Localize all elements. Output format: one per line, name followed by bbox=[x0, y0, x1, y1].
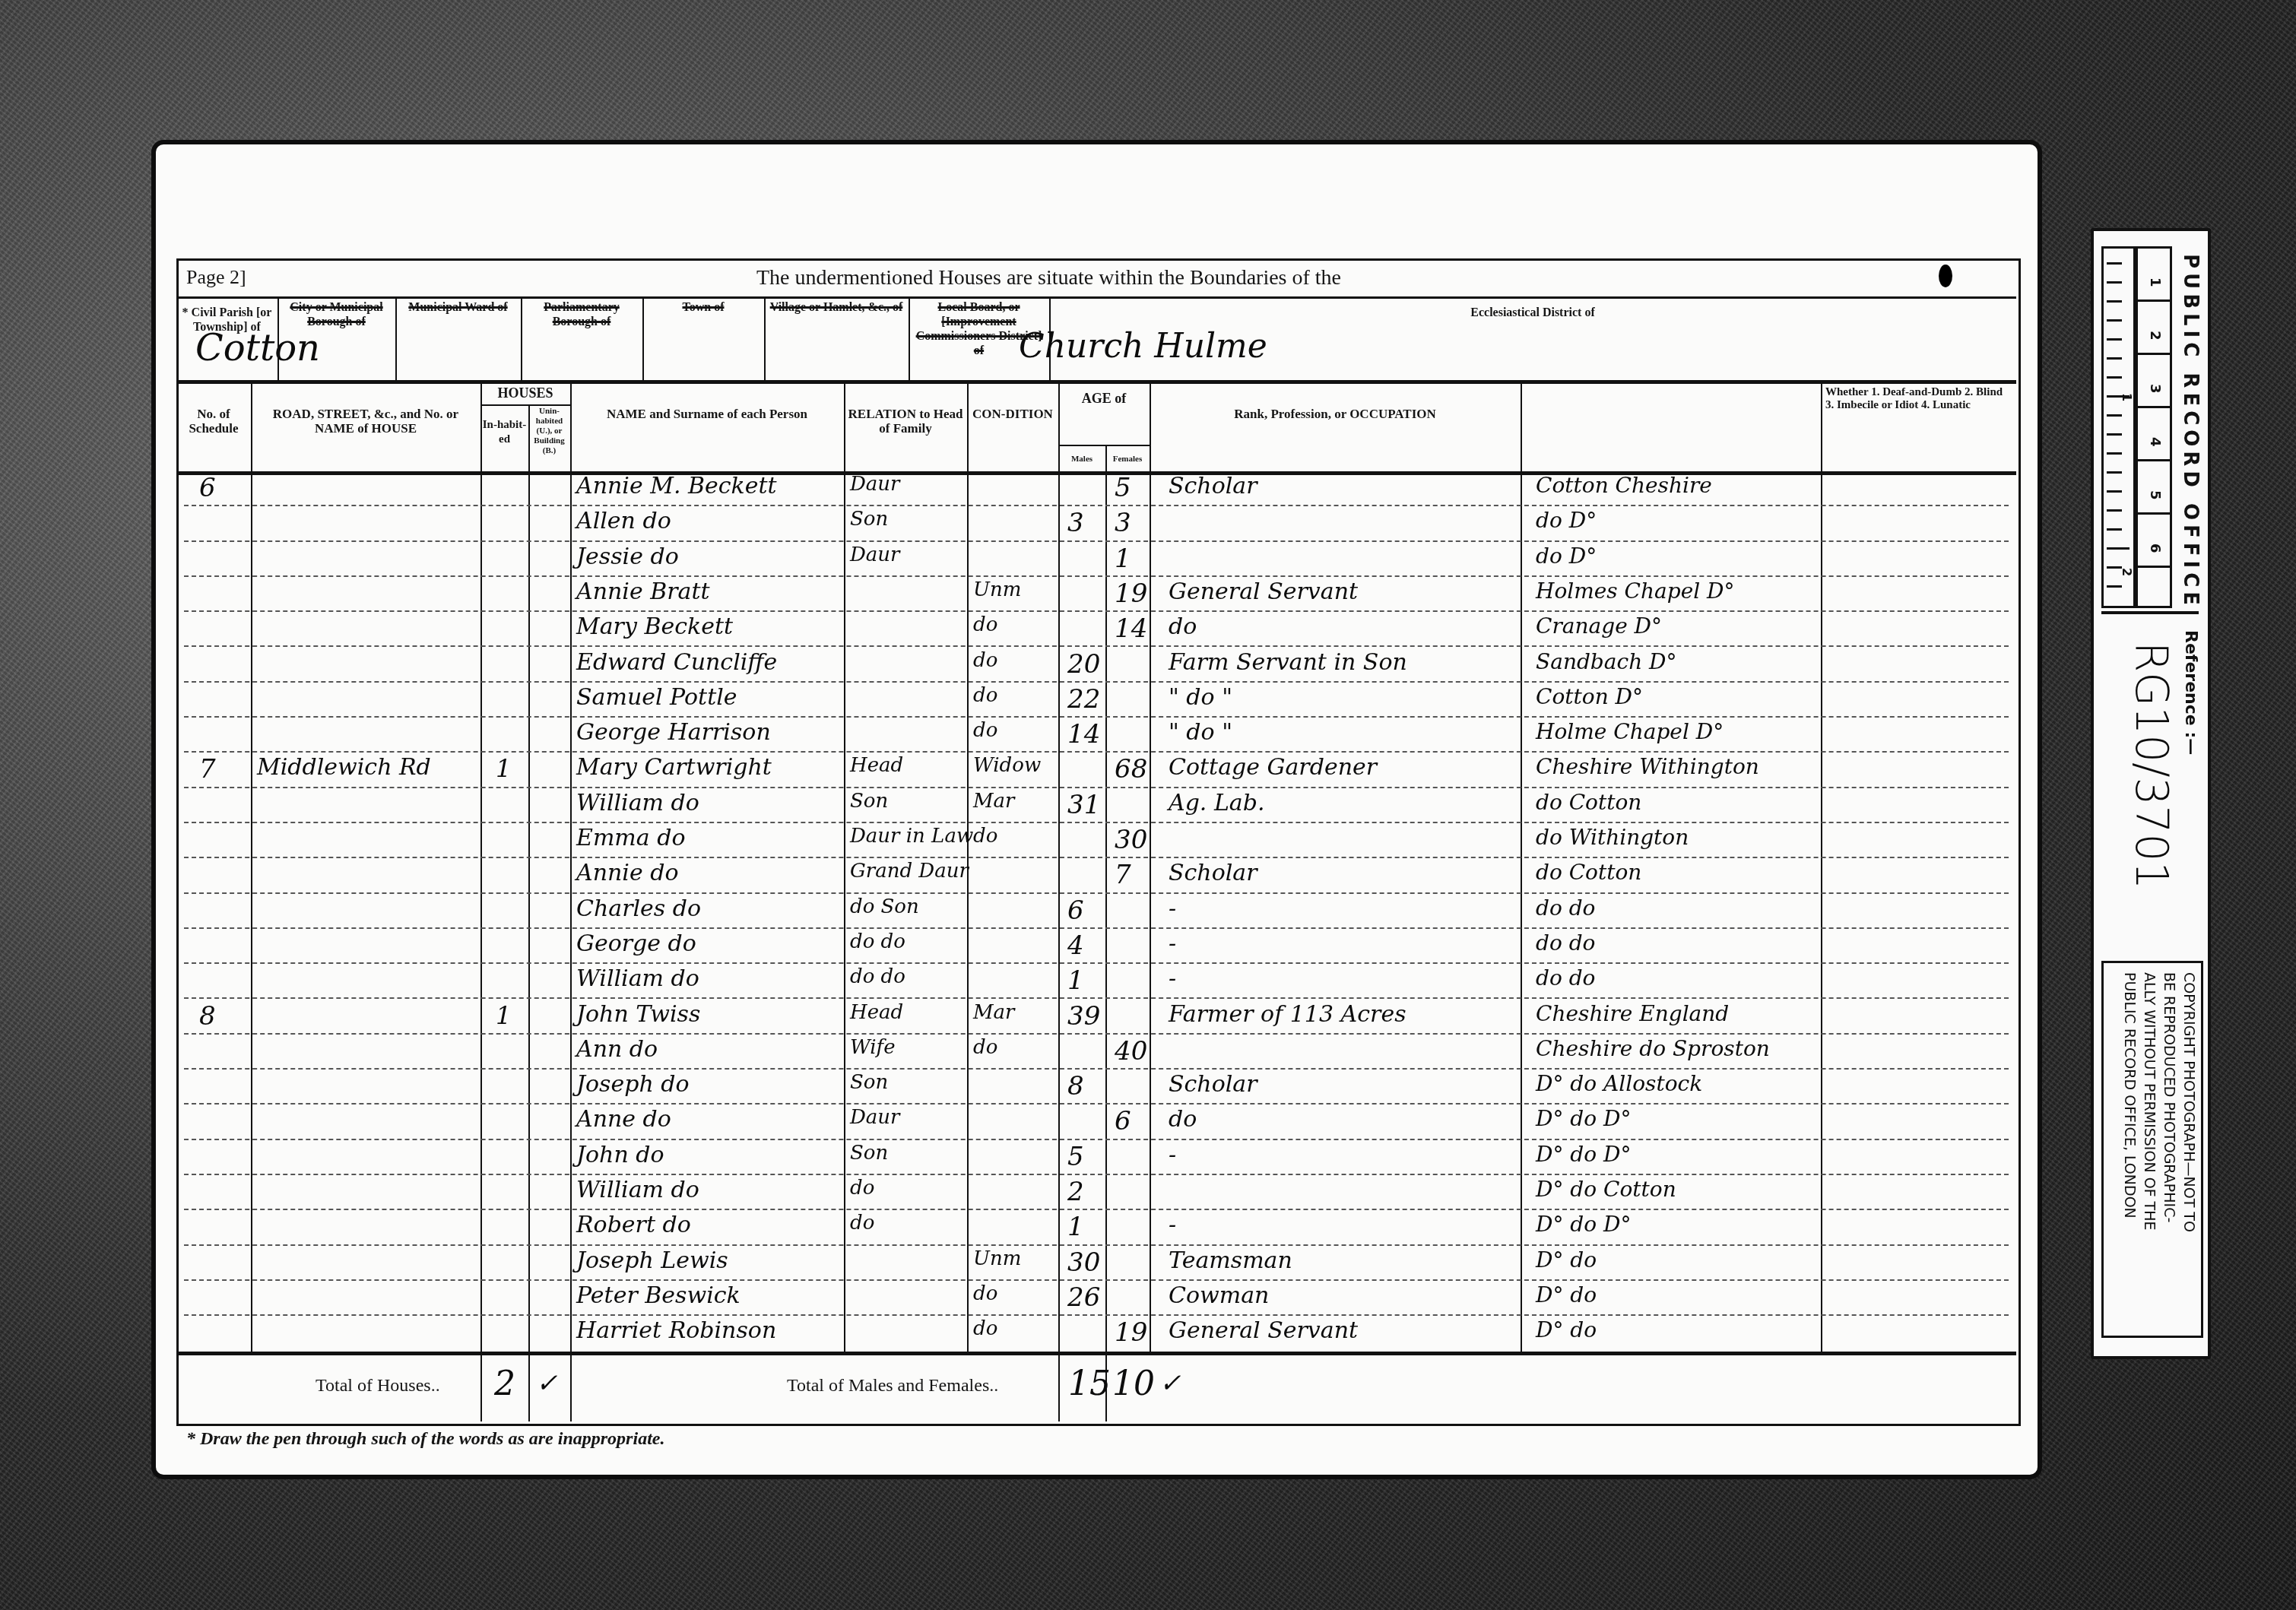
row-occupation: General Servant bbox=[1169, 578, 1358, 605]
row-where-born: Holmes Chapel D° bbox=[1536, 578, 1735, 604]
row-relation: Daur in Law bbox=[850, 825, 973, 848]
header-name: NAME and Surname of each Person bbox=[573, 407, 841, 421]
row-occupation: Teamsman bbox=[1169, 1247, 1292, 1274]
table-row: 7Middlewich Rd1Mary CartwrightHeadWidow6… bbox=[156, 753, 2038, 788]
row-occupation: General Servant bbox=[1169, 1317, 1358, 1344]
total-females: 10 bbox=[1112, 1364, 1155, 1403]
row-occupation: Farmer of 113 Acres bbox=[1169, 1001, 1406, 1028]
table-row: Harriet Robinsondo19General ServantD° do bbox=[156, 1316, 2038, 1351]
row-age-female: 5 bbox=[1115, 473, 1131, 503]
table-row: Joseph doSon8ScholarD° do Allostock bbox=[156, 1070, 2038, 1104]
row-age-female: 68 bbox=[1115, 754, 1147, 784]
table-row: Ann doWifedo40Cheshire do Sproston bbox=[156, 1035, 2038, 1070]
row-occupation: - bbox=[1169, 1212, 1176, 1238]
row-where-born: do Cotton bbox=[1536, 790, 1641, 815]
scale-box: 6 bbox=[2136, 515, 2170, 568]
scale-box: 4 bbox=[2136, 408, 2170, 461]
row-where-born: do Withington bbox=[1536, 825, 1689, 850]
divider bbox=[176, 380, 2016, 384]
row-relation: Son bbox=[850, 1142, 888, 1165]
row-where-born: Sandbach D° bbox=[1536, 649, 1677, 674]
total-houses-inhabited: 2 bbox=[494, 1364, 515, 1403]
row-name: Mary Cartwright bbox=[576, 754, 772, 781]
row-where-born: Cheshire England bbox=[1536, 1001, 1729, 1026]
row-age-male: 14 bbox=[1067, 719, 1100, 750]
row-condition: do bbox=[973, 825, 997, 848]
header-females: Females bbox=[1105, 452, 1150, 467]
scale-boxes: 123456 bbox=[2133, 246, 2172, 608]
row-age-female: 3 bbox=[1115, 508, 1131, 538]
total-persons-label: Total of Males and Females.. bbox=[787, 1376, 998, 1396]
district-label-municipal-borough: City or Municipal Borough of bbox=[281, 300, 392, 329]
table-row: George dodo do4-do do bbox=[156, 929, 2038, 964]
table-row: John doSon5-D° do D° bbox=[156, 1140, 2038, 1175]
row-age-male: 26 bbox=[1067, 1282, 1100, 1313]
row-condition: Unm bbox=[973, 1247, 1021, 1270]
row-where-born: D° do Cotton bbox=[1536, 1177, 1676, 1202]
table-row: Edward Cuncliffedo20Farm Servant in SonS… bbox=[156, 648, 2038, 683]
row-age-male: 4 bbox=[1067, 930, 1084, 961]
header-age: AGE of bbox=[1058, 391, 1150, 406]
table-row: Emma doDaur in Lawdo30do Withington bbox=[156, 823, 2038, 858]
ruler: 12 bbox=[2101, 246, 2138, 608]
ink-blot-icon bbox=[1939, 265, 1952, 287]
table-row: Samuel Pottledo22" do "Cotton D° bbox=[156, 683, 2038, 718]
ruler-tick bbox=[2107, 300, 2122, 303]
copyright-line: COPYRIGHT PHOTOGRAPH—NOT TO bbox=[2179, 972, 2199, 1232]
ruler-tick bbox=[2107, 471, 2122, 474]
row-relation: Head bbox=[850, 1001, 903, 1024]
row-occupation: Cottage Gardener bbox=[1169, 754, 1377, 781]
district-label-parliamentary-borough: Parliamentary Borough of bbox=[524, 300, 639, 329]
row-relation: Wife bbox=[850, 1036, 896, 1059]
row-age-male: 31 bbox=[1067, 790, 1100, 820]
row-where-born: D° do bbox=[1536, 1247, 1597, 1272]
scale-box: 1 bbox=[2136, 249, 2170, 302]
copyright-line: BE REPRODUCED PHOTOGRAPHIC- bbox=[2159, 972, 2179, 1232]
footnote: * Draw the pen through such of the words… bbox=[186, 1429, 664, 1450]
district-label-town: Town of bbox=[645, 300, 761, 315]
row-occupation: - bbox=[1169, 965, 1176, 992]
header-condition: CON-DITION bbox=[970, 407, 1055, 421]
ruler-tick bbox=[2107, 376, 2122, 379]
ruler-tick bbox=[2107, 281, 2122, 284]
row-relation: Daur bbox=[850, 1106, 900, 1129]
row-relation: Grand Daur bbox=[850, 860, 969, 883]
row-age-male: 8 bbox=[1067, 1071, 1084, 1101]
row-condition: Widow bbox=[973, 754, 1041, 777]
header-relation: RELATION to Head of Family bbox=[847, 407, 964, 436]
total-check: ✓ bbox=[1159, 1368, 1181, 1399]
row-name: Mary Beckett bbox=[576, 613, 733, 640]
row-where-born: do do bbox=[1536, 895, 1595, 921]
row-occupation: do bbox=[1169, 613, 1197, 640]
row-relation: Son bbox=[850, 790, 888, 813]
ruler-inch-label: 2 bbox=[2120, 568, 2134, 576]
row-name: Harriet Robinson bbox=[576, 1317, 776, 1344]
header-uninhabited: Unin-habited (U.), or Building (B.) bbox=[530, 407, 569, 456]
ruler-tick bbox=[2107, 585, 2122, 588]
row-where-born: do D° bbox=[1536, 508, 1597, 533]
row-name: George Harrison bbox=[576, 719, 771, 746]
header-males: Males bbox=[1058, 452, 1105, 467]
row-condition: do bbox=[973, 1036, 997, 1059]
row-where-born: D° do Allostock bbox=[1536, 1071, 1702, 1096]
table-row: William dodo do1-do do bbox=[156, 964, 2038, 999]
row-condition: Unm bbox=[973, 578, 1021, 601]
table-row: Annie BrattUnm19General ServantHolmes Ch… bbox=[156, 577, 2038, 612]
row-age-male: 3 bbox=[1067, 508, 1084, 538]
row-age-female: 30 bbox=[1115, 825, 1147, 855]
row-occupation: Ag. Lab. bbox=[1169, 790, 1265, 816]
total-males: 15 bbox=[1068, 1364, 1111, 1403]
reference-label: Reference :— bbox=[2181, 630, 2200, 755]
row-condition: Mar bbox=[973, 1001, 1015, 1024]
row-age-male: 1 bbox=[1067, 965, 1084, 996]
table-row: Peter Beswickdo26CowmanD° do bbox=[156, 1281, 2038, 1316]
row-relation: do do bbox=[850, 965, 905, 988]
ruler-tick bbox=[2107, 490, 2122, 493]
divider bbox=[176, 1352, 2016, 1355]
reference-value: RG10/3701 bbox=[2126, 642, 2177, 889]
copyright-line: PUBLIC RECORD OFFICE, LONDON bbox=[2120, 972, 2139, 1232]
row-where-born: do D° bbox=[1536, 544, 1597, 569]
row-name: Ann do bbox=[576, 1036, 658, 1063]
table-row: Annie doGrand Daur7Scholardo Cotton bbox=[156, 858, 2038, 893]
row-age-female: 19 bbox=[1115, 578, 1147, 609]
row-age-male: 5 bbox=[1067, 1142, 1084, 1172]
row-where-born: Cheshire do Sproston bbox=[1536, 1036, 1770, 1061]
row-where-born: D° do bbox=[1536, 1317, 1597, 1342]
table-row: George Harrisondo14" do "Holme Chapel D° bbox=[156, 718, 2038, 753]
record-office-strip: 12 123456 PUBLIC RECORD OFFICE Reference… bbox=[2091, 228, 2211, 1359]
row-occupation: Scholar bbox=[1169, 860, 1257, 886]
table-row: Robert dodo1-D° do D° bbox=[156, 1210, 2038, 1245]
row-name: William do bbox=[576, 965, 699, 992]
row-where-born: D° do D° bbox=[1536, 1142, 1631, 1167]
ruler-tick bbox=[2107, 319, 2122, 322]
row-relation: do bbox=[850, 1177, 874, 1200]
row-occupation: Cowman bbox=[1169, 1282, 1269, 1309]
row-where-born: do Cotton bbox=[1536, 860, 1641, 885]
row-occupation: - bbox=[1169, 1142, 1176, 1168]
row-name: Anne do bbox=[576, 1106, 671, 1133]
row-age-male: 1 bbox=[1067, 1212, 1084, 1242]
table-row: Joseph LewisUnm30TeamsmanD° do bbox=[156, 1246, 2038, 1281]
row-name: Jessie do bbox=[576, 544, 679, 570]
header-schedule: No. of Schedule bbox=[179, 407, 248, 436]
ruler-tick bbox=[2107, 547, 2130, 550]
row-condition: Mar bbox=[973, 790, 1015, 813]
row-occupation: Scholar bbox=[1169, 473, 1257, 499]
row-age-female: 1 bbox=[1115, 544, 1131, 574]
scale-number: 4 bbox=[2147, 437, 2163, 447]
table-row: Jessie doDaur1do D° bbox=[156, 542, 2038, 577]
total-houses-label: Total of Houses.. bbox=[316, 1376, 440, 1396]
row-name: Peter Beswick bbox=[576, 1282, 740, 1309]
ruler-tick bbox=[2107, 262, 2122, 265]
row-where-born: do do bbox=[1536, 930, 1595, 956]
table-row: 81John TwissHeadMar39Farmer of 113 Acres… bbox=[156, 1000, 2038, 1035]
row-name: John do bbox=[576, 1142, 664, 1168]
row-age-male: 22 bbox=[1067, 684, 1100, 715]
row-relation: Daur bbox=[850, 544, 900, 566]
row-age-female: 40 bbox=[1115, 1036, 1147, 1066]
header-infirmity: Whether 1. Deaf-and-Dumb 2. Blind 3. Imb… bbox=[1825, 386, 2012, 412]
table-row: 6Annie M. BeckettDaur5ScholarCotton Ches… bbox=[156, 471, 2038, 506]
row-name: Allen do bbox=[576, 508, 671, 534]
office-name: PUBLIC RECORD OFFICE bbox=[2179, 254, 2202, 610]
ruler-tick bbox=[2107, 414, 2122, 417]
row-relation: do Son bbox=[850, 895, 919, 918]
row-where-born: do do bbox=[1536, 965, 1595, 990]
row-where-born: Cotton D° bbox=[1536, 684, 1643, 709]
row-name: Edward Cuncliffe bbox=[576, 649, 777, 676]
scale-number: 1 bbox=[2147, 277, 2163, 287]
row-relation: Daur bbox=[850, 473, 900, 496]
row-name: Annie M. Beckett bbox=[576, 473, 777, 499]
row-name: Robert do bbox=[576, 1212, 691, 1238]
row-where-born: D° do D° bbox=[1536, 1106, 1631, 1131]
page-label: Page 2] bbox=[186, 266, 246, 289]
row-name: Joseph do bbox=[576, 1071, 690, 1098]
row-condition: do bbox=[973, 613, 997, 636]
ruler-inch-label: 1 bbox=[2120, 393, 2134, 401]
census-page: Page 2] The undermentioned Houses are si… bbox=[156, 144, 2038, 1475]
ruler-tick bbox=[2107, 338, 2122, 341]
row-where-born: D° do bbox=[1536, 1282, 1597, 1307]
row-condition: do bbox=[973, 1282, 997, 1305]
row-road: Middlewich Rd bbox=[257, 754, 431, 781]
table-row: Charles dodo Son6-do do bbox=[156, 894, 2038, 929]
row-where-born: D° do D° bbox=[1536, 1212, 1631, 1237]
page-title: The undermentioned Houses are situate wi… bbox=[756, 266, 1341, 290]
ruler-tick bbox=[2107, 509, 2122, 512]
row-schedule: 8 bbox=[199, 1001, 216, 1032]
header-inhabited: In-habit-ed bbox=[482, 418, 527, 447]
header-houses: HOUSES bbox=[480, 386, 570, 401]
row-age-female: 6 bbox=[1115, 1106, 1131, 1136]
row-occupation: " do " bbox=[1169, 719, 1232, 746]
row-occupation: - bbox=[1169, 895, 1176, 922]
row-occupation: Farm Servant in Son bbox=[1169, 649, 1407, 676]
divider bbox=[2101, 611, 2199, 614]
table-row: Mary Beckettdo14doCranage D° bbox=[156, 612, 2038, 647]
district-label-municipal-ward: Municipal Ward of bbox=[398, 300, 518, 315]
row-name: Samuel Pottle bbox=[576, 684, 737, 711]
row-relation: do do bbox=[850, 930, 905, 953]
row-relation: Head bbox=[850, 754, 903, 777]
row-age-male: 39 bbox=[1067, 1001, 1100, 1032]
divider bbox=[521, 296, 522, 380]
row-condition: do bbox=[973, 1317, 997, 1340]
divider bbox=[764, 296, 766, 380]
row-inhabited: 1 bbox=[496, 754, 511, 783]
row-age-male: 6 bbox=[1067, 895, 1084, 926]
total-houses-check: ✓ bbox=[536, 1368, 558, 1399]
copyright-line: ALLY WITHOUT PERMISSION OF THE bbox=[2139, 972, 2159, 1232]
row-condition: do bbox=[973, 684, 997, 707]
ruler-tick bbox=[2107, 452, 2122, 455]
row-relation: Son bbox=[850, 1071, 888, 1094]
divider bbox=[642, 296, 644, 380]
row-occupation: Scholar bbox=[1169, 1071, 1257, 1098]
divider bbox=[480, 404, 570, 406]
row-where-born: Holme Chapel D° bbox=[1536, 719, 1724, 744]
scale-number: 3 bbox=[2147, 384, 2163, 394]
row-condition: do bbox=[973, 649, 997, 672]
row-name: Charles do bbox=[576, 895, 701, 922]
divider bbox=[395, 296, 397, 380]
scale-box: 3 bbox=[2136, 355, 2170, 408]
district-label-ecclesiastical-district: Ecclesiastical District of bbox=[1052, 306, 2013, 320]
ruler-tick bbox=[2107, 433, 2122, 436]
row-name: Annie do bbox=[576, 860, 678, 886]
row-age-female: 7 bbox=[1115, 860, 1131, 890]
copyright-notice: COPYRIGHT PHOTOGRAPH—NOT TOBE REPRODUCED… bbox=[2120, 972, 2199, 1232]
header-occupation: Rank, Profession, or OCCUPATION bbox=[1153, 407, 1517, 421]
row-condition: do bbox=[973, 719, 997, 742]
district-value-ecclesiastical-district: Church Hulme bbox=[1019, 327, 1267, 366]
table-row: William dodo2D° do Cotton bbox=[156, 1175, 2038, 1210]
divider bbox=[277, 296, 279, 380]
row-occupation: do bbox=[1169, 1106, 1197, 1133]
row-relation: Son bbox=[850, 508, 888, 531]
row-name: John Twiss bbox=[576, 1001, 700, 1028]
district-label-village: Village or Hamlet, &c., of bbox=[767, 300, 905, 315]
row-where-born: Cranage D° bbox=[1536, 613, 1662, 639]
row-inhabited: 1 bbox=[496, 1001, 511, 1030]
row-name: William do bbox=[576, 790, 699, 816]
row-age-male: 20 bbox=[1067, 649, 1100, 680]
scale-number: 6 bbox=[2147, 544, 2163, 553]
row-relation: do bbox=[850, 1212, 874, 1234]
ruler-tick bbox=[2107, 528, 2122, 531]
table-row: Anne doDaur6doD° do D° bbox=[156, 1104, 2038, 1139]
row-age-male: 2 bbox=[1067, 1177, 1084, 1207]
divider bbox=[1058, 445, 1150, 446]
row-where-born: Cotton Cheshire bbox=[1536, 473, 1712, 498]
row-where-born: Cheshire Withington bbox=[1536, 754, 1759, 779]
header-road: ROAD, STREET, &c., and No. or NAME of HO… bbox=[254, 407, 477, 436]
row-age-female: 14 bbox=[1115, 613, 1147, 644]
scale-box: 5 bbox=[2136, 461, 2170, 515]
scale-number: 2 bbox=[2147, 331, 2163, 341]
scale-box: 2 bbox=[2136, 302, 2170, 355]
ruler-tick bbox=[2107, 357, 2122, 360]
row-schedule: 6 bbox=[199, 473, 216, 503]
divider bbox=[176, 296, 2016, 299]
row-name: William do bbox=[576, 1177, 699, 1203]
row-occupation: " do " bbox=[1169, 684, 1232, 711]
row-name: Annie Bratt bbox=[576, 578, 710, 605]
table-row: Allen doSon33do D° bbox=[156, 506, 2038, 541]
row-name: George do bbox=[576, 930, 696, 957]
row-name: Emma do bbox=[576, 825, 685, 851]
divider bbox=[909, 296, 910, 380]
row-age-male: 30 bbox=[1067, 1247, 1100, 1278]
scale-number: 5 bbox=[2147, 490, 2163, 500]
row-schedule: 7 bbox=[199, 754, 216, 784]
district-value-civil-parish: Cotton bbox=[195, 327, 320, 369]
row-name: Joseph Lewis bbox=[576, 1247, 728, 1274]
table-row: William doSonMar31Ag. Lab.do Cotton bbox=[156, 788, 2038, 823]
row-age-female: 19 bbox=[1115, 1317, 1147, 1348]
row-occupation: - bbox=[1169, 930, 1176, 957]
